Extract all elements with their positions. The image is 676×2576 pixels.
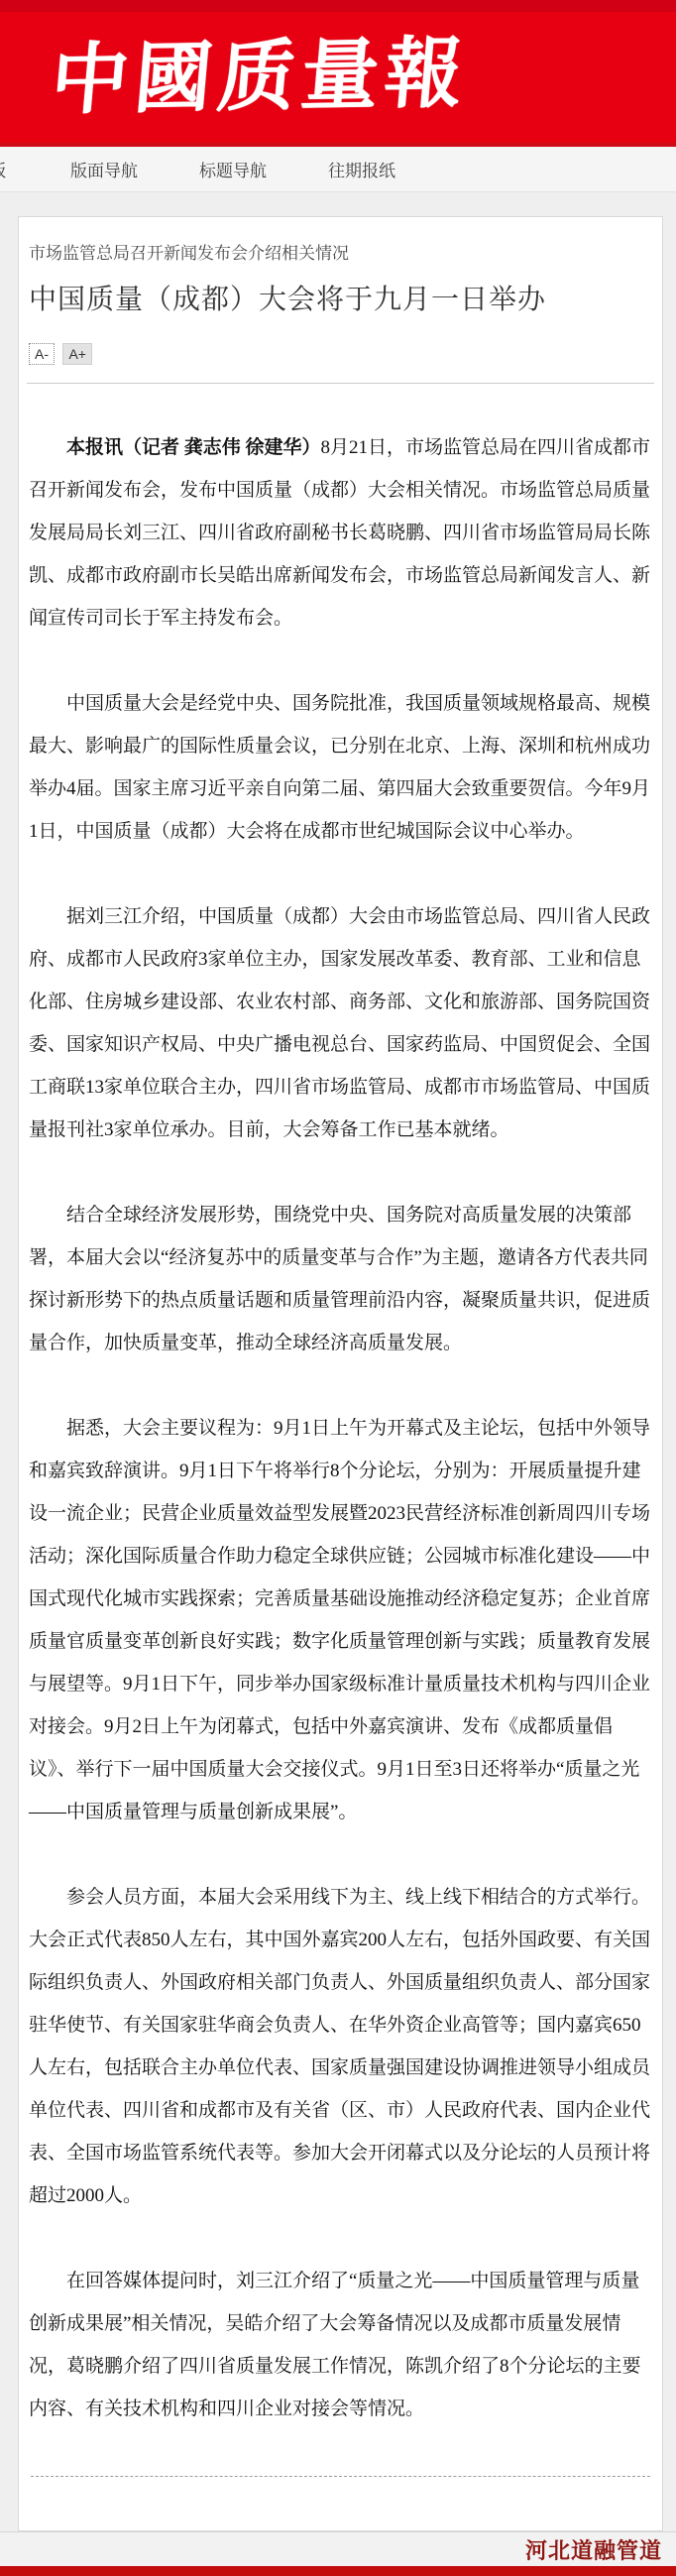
footer-strip: 河北道融管道 [0, 2531, 676, 2566]
article-paragraph: 据悉，大会主要议程为：9月1日上午为开幕式及主论坛，包括中外领导和嘉宾致辞演讲。… [29, 1407, 652, 1833]
article-paragraph: 本报讯（记者 龚志伟 徐建华）8月21日，市场监管总局在四川省成都市召开新闻发布… [29, 426, 652, 640]
font-increase-button[interactable]: A+ [62, 343, 92, 365]
font-decrease-button[interactable]: A- [29, 343, 55, 365]
paragraph-text: 在回答媒体提问时，刘三江介绍了“质量之光――中国质量管理与质量创新成果展”相关情… [29, 2271, 641, 2419]
watermark-text: 河北道融管道 [525, 2534, 662, 2565]
page-background: 市场监管总局召开新闻发布会介绍相关情况 中国质量（成都）大会将于九月一日举办 A… [0, 192, 676, 2531]
article-paragraph: 据刘三江介绍，中国质量（成都）大会由市场监管总局、四川省人民政府、成都市人民政府… [29, 895, 652, 1151]
navbar: 版 版面导航 标题导航 往期报纸 [0, 147, 676, 192]
nav-item-title-navigation[interactable]: 标题导航 [199, 157, 267, 181]
paragraph-text: 参会人员方面，本届大会采用线下为主、线上线下相结合的方式举行。大会正式代表850… [29, 1887, 650, 2206]
article-end-divider [31, 2476, 650, 2477]
paragraph-lead-bold: 本报讯（记者 龚志伟 徐建华） [66, 437, 321, 458]
paragraph-text: 8月21日，市场监管总局在四川省成都市召开新闻发布会，发布中国质量（成都）大会相… [29, 437, 650, 629]
newspaper-logo: 中國质量報 [48, 35, 472, 119]
font-size-controls: A- A+ [27, 343, 654, 365]
article-body: 本报讯（记者 龚志伟 徐建华）8月21日，市场监管总局在四川省成都市召开新闻发布… [27, 426, 654, 2430]
nav-item-page-navigation[interactable]: 版面导航 [70, 157, 138, 181]
article-paragraph: 结合全球经济发展形势，围绕党中央、国务院对高质量发展的决策部署，本届大会以“经济… [29, 1194, 652, 1364]
paragraph-text: 据刘三江介绍，中国质量（成都）大会由市场监管总局、四川省人民政府、成都市人民政府… [29, 906, 650, 1140]
top-red-strip [0, 0, 676, 12]
article-paragraph: 中国质量大会是经党中央、国务院批准，我国质量领域规格最高、规模最大、影响最广的国… [29, 682, 652, 853]
article-card: 市场监管总局召开新闻发布会介绍相关情况 中国质量（成都）大会将于九月一日举办 A… [18, 216, 663, 2531]
masthead: 中國质量報 [0, 12, 676, 147]
article-title: 中国质量（成都）大会将于九月一日举办 [27, 278, 654, 317]
paragraph-text: 据悉，大会主要议程为：9月1日上午为开幕式及主论坛，包括中外领导和嘉宾致辞演讲。… [29, 1418, 650, 1822]
nav-item-past-issues[interactable]: 往期报纸 [328, 157, 395, 181]
article-paragraph: 在回答媒体提问时，刘三江介绍了“质量之光――中国质量管理与质量创新成果展”相关情… [29, 2260, 652, 2430]
bottom-red-bar [0, 2566, 676, 2576]
paragraph-text: 结合全球经济发展形势，围绕党中央、国务院对高质量发展的决策部署，本届大会以“经济… [29, 1205, 650, 1353]
paragraph-text: 中国质量大会是经党中央、国务院批准，我国质量领域规格最高、规模最大、影响最广的国… [29, 693, 650, 842]
article-paragraph: 参会人员方面，本届大会采用线下为主、线上线下相结合的方式举行。大会正式代表850… [29, 1876, 652, 2217]
nav-item-partial[interactable]: 版 [0, 157, 9, 181]
article-kicker: 市场监管总局召开新闻发布会介绍相关情况 [27, 239, 654, 264]
title-divider [27, 383, 654, 384]
